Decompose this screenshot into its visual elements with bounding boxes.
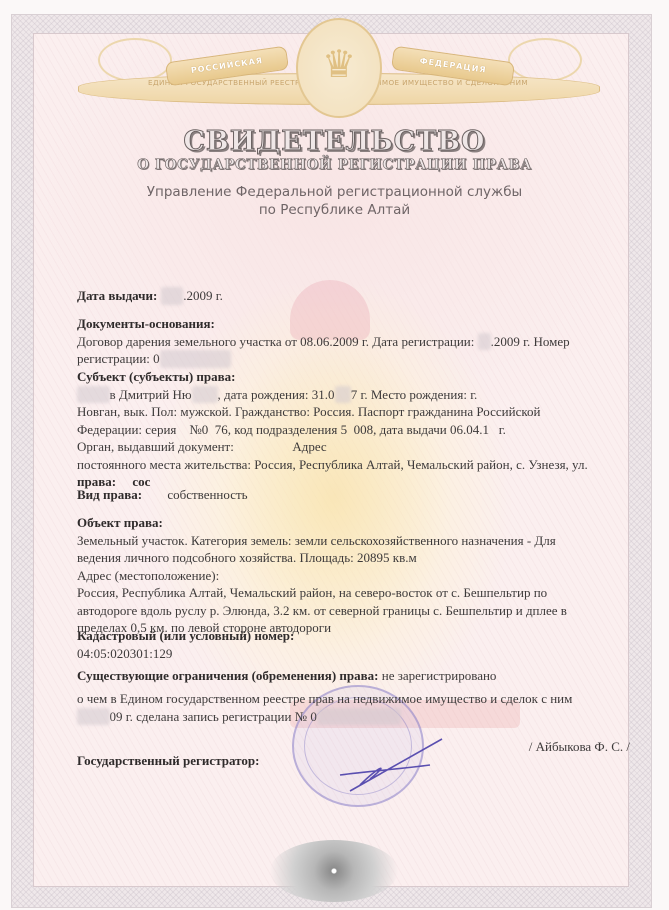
agency-line-2: по Республике Алтай xyxy=(0,201,669,219)
object-address-2: автодороге вдоль руслу р. Элюнда, 3.2 км… xyxy=(77,602,617,620)
cadastral-label: Кадастровый (или условный) номер: xyxy=(77,627,617,645)
top-ornament-banner: ЕДИНЫЙ ГОСУДАРСТВЕННЫЙ РЕЕСТР ПРАВ НА НЕ… xyxy=(78,18,598,118)
subject-passport: Федерации: серия №0 76, код подразделени… xyxy=(77,421,617,439)
redacted xyxy=(77,386,110,404)
registry-note-line-1: о чем в Едином государственном реестре п… xyxy=(77,690,617,708)
subject-birthplace: 7 г. Место рождения: г. xyxy=(351,387,478,402)
eagle-icon: ♛ xyxy=(298,42,380,87)
security-rosette xyxy=(270,840,398,902)
redacted xyxy=(160,350,232,368)
certificate-page: ЕДИНЫЙ ГОСУДАРСТВЕННЫЙ РЕЕСТР ПРАВ НА НЕ… xyxy=(0,0,669,910)
redacted xyxy=(335,386,351,404)
object-line-1: Земельный участок. Категория земель: зем… xyxy=(77,532,617,550)
redacted xyxy=(478,333,491,351)
redacted xyxy=(192,386,218,404)
subject-address: постоянного места жительства: Россия, Ре… xyxy=(77,456,617,474)
registrar-label: Государственный регистратор: xyxy=(77,753,259,768)
right-type-label: Вид права: xyxy=(77,487,142,502)
issue-date-label: Дата выдачи: xyxy=(77,288,157,303)
encumbrances-value: не зарегистрировано xyxy=(382,668,497,683)
ornament-swirl-left xyxy=(98,38,172,82)
registry-note: о чем в Едином государственном реестре п… xyxy=(77,690,617,725)
signature xyxy=(330,735,450,795)
cadastral-value: 04:05:020301:129 xyxy=(77,645,617,663)
subject-issuing-authority: Орган, выдавший документ: Адрес xyxy=(77,438,617,456)
issue-date-value: .2009 г. xyxy=(183,288,223,303)
basis-documents-label: Документы-основания: xyxy=(77,315,617,333)
object-line-2: ведения личного подсобного хозяйства. Пл… xyxy=(77,549,617,567)
encumbrances-row: Существующие ограничения (обременения) п… xyxy=(77,667,617,685)
coat-of-arms-emblem: ♛ xyxy=(296,18,382,118)
basis-line-2: регистрации: 0 xyxy=(77,351,160,366)
redacted xyxy=(161,287,184,305)
encumbrances-label: Существующие ограничения (обременения) п… xyxy=(77,668,378,683)
subject-birthdate: , дата рождения: 31.0 xyxy=(218,387,335,402)
subject-name: в Дмитрий Ню xyxy=(110,387,192,402)
object-address-1: Россия, Республика Алтай, Чемальский рай… xyxy=(77,584,617,602)
right-type-row: Вид права: собственность xyxy=(77,486,617,504)
cadastral-number: Кадастровый (или условный) номер: 04:05:… xyxy=(77,627,617,662)
basis-line-1-end: .2009 г. Номер xyxy=(491,334,570,349)
issue-date-row: Дата выдачи: .2009 г. xyxy=(77,287,617,305)
ornament-swirl-right xyxy=(508,38,582,82)
agency-line-1: Управление Федеральной регистрационной с… xyxy=(0,183,669,201)
registry-entry: 09 г. сделана запись регистрации № 0 xyxy=(110,709,317,724)
rights-subjects: Субъект (субъекты) права: в Дмитрий Ню ,… xyxy=(77,368,617,491)
object-label: Объект права: xyxy=(77,514,617,532)
subjects-label: Субъект (субъекты) права: xyxy=(77,368,617,386)
right-object: Объект права: Земельный участок. Категор… xyxy=(77,514,617,637)
redacted xyxy=(77,708,110,726)
basis-documents: Документы-основания: Договор дарения зем… xyxy=(77,315,617,368)
redacted xyxy=(317,708,402,726)
basis-line-1: Договор дарения земельного участка от 08… xyxy=(77,334,478,349)
issuing-agency: Управление Федеральной регистрационной с… xyxy=(0,183,669,219)
right-type-value: собственность xyxy=(167,487,247,502)
subject-line-2: Новган, вык. Пол: мужской. Гражданство: … xyxy=(77,403,617,421)
object-address-label: Адрес (местоположение): xyxy=(77,567,617,585)
document-subtitle: О ГОСУДАРСТВЕННОЙ РЕГИСТРАЦИИ ПРАВА xyxy=(0,157,669,173)
document-title: СВИДЕТЕЛЬСТВО xyxy=(0,126,669,157)
